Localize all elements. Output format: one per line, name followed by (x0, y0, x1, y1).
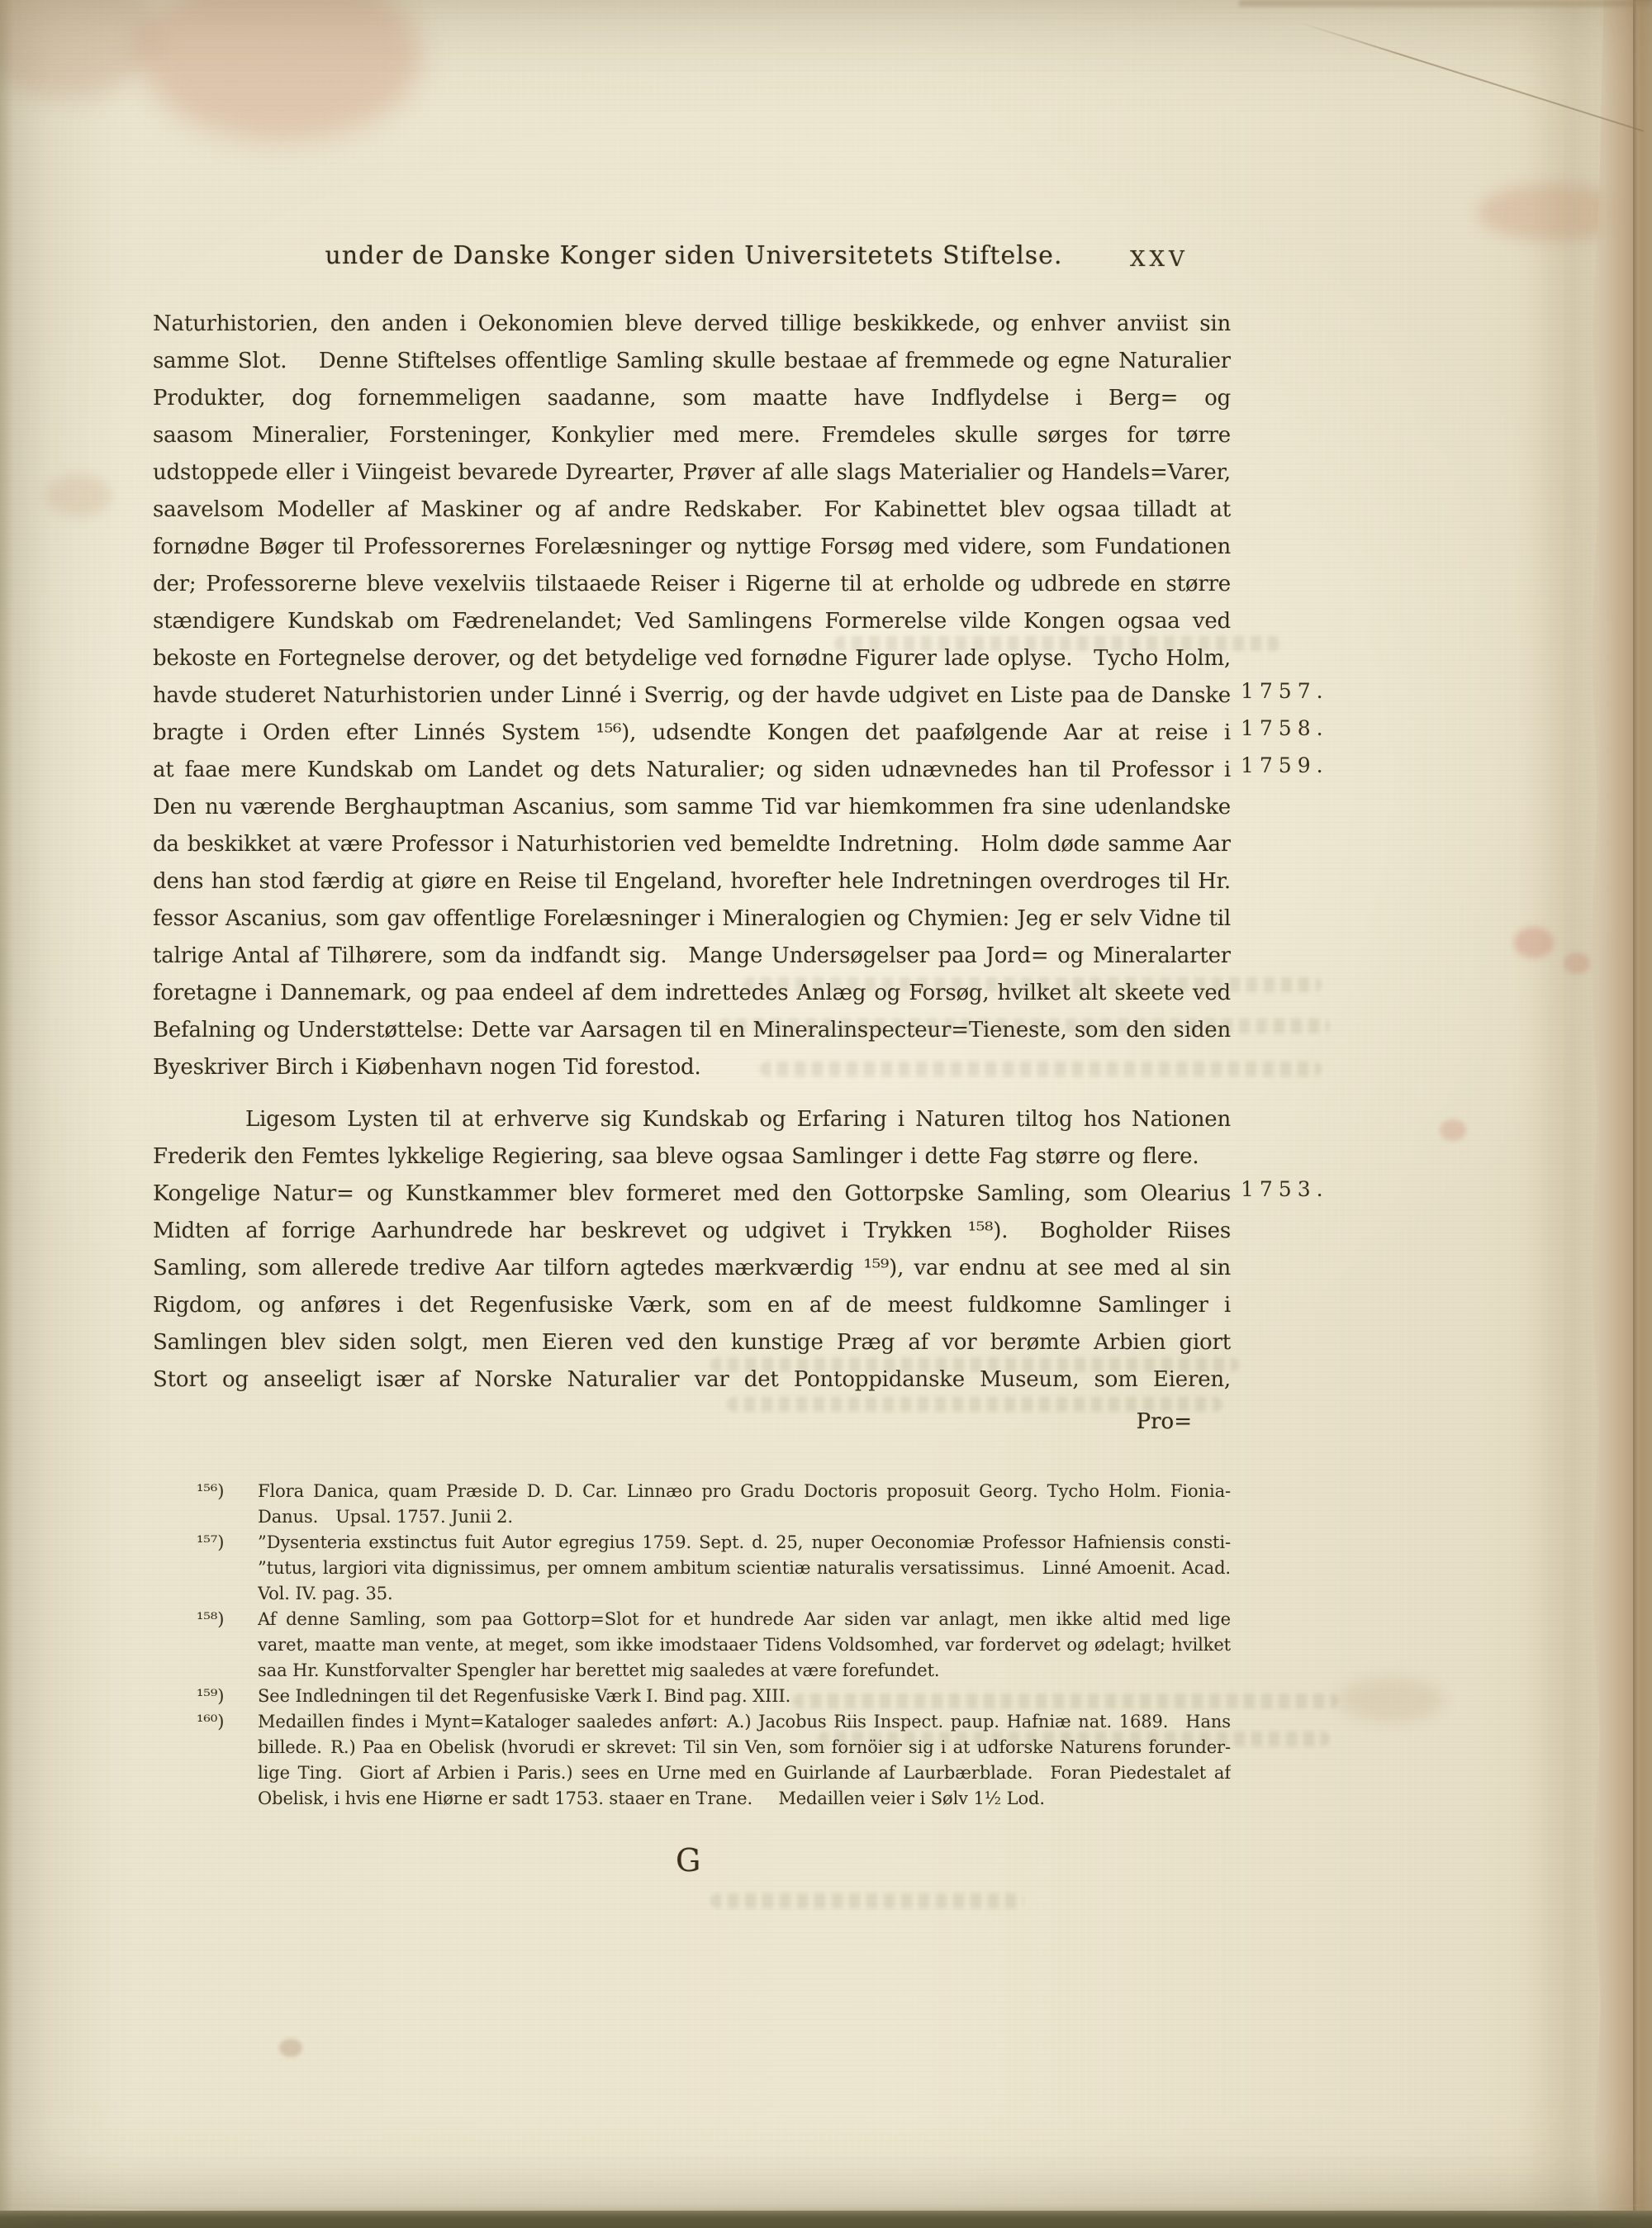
running-title: under de Danske Konger siden Universitet… (273, 241, 1115, 270)
body-line: bekoste en Fortegnelse derover, og det b… (153, 640, 1231, 677)
footnote-number: ¹⁵⁸) (197, 1607, 224, 1632)
footnote-block: ¹⁵⁶) Flora Danica, quam Præside D. D. Ca… (258, 1479, 1231, 1812)
paper-stain (1336, 1677, 1444, 1722)
footnote-number: ¹⁶⁰) (197, 1709, 224, 1735)
paper-stain (1479, 183, 1627, 241)
scan-background-strip (0, 2211, 1652, 2228)
margin-year: 1758. (1241, 716, 1329, 740)
body-line: fessor Ascanius, som gav offentlige Fore… (153, 900, 1231, 938)
page-number: XXV (1130, 247, 1189, 272)
footnote: ¹⁶⁰) Medaillen findes i Mynt=Kataloger s… (258, 1709, 1231, 1812)
paper-stain (1564, 952, 1590, 974)
footnote-line: Flora Danica, quam Præside D. D. Car. Li… (258, 1479, 1231, 1504)
body-line: Den nu værende Berghauptman Ascanius, so… (153, 789, 1231, 826)
page-curvature-shadow (1520, 0, 1594, 2228)
footnote-line: varet, maatte man vente, at meget, som i… (258, 1632, 1231, 1658)
footnote-line: Vol. IV. pag. 35. (258, 1581, 1231, 1607)
body-line: udstoppede eller i Viingeist bevarede Dy… (153, 454, 1231, 492)
fore-edge (1633, 0, 1652, 2228)
footnote-line: Obelisk, i hvis ene Hiørne er sadt 1753.… (258, 1786, 1231, 1812)
top-edge-shadow (1239, 0, 1652, 7)
body-line: Midten af forrige Aarhundrede har beskre… (153, 1213, 1231, 1250)
paragraph: Ligesom Lysten til at erhverve sig Kunds… (153, 1101, 1231, 1399)
body-line: talrige Antal af Tilhørere, som da indfa… (153, 938, 1231, 975)
footnote: ¹⁵⁹) See Indledningen til det Regenfusis… (258, 1684, 1231, 1709)
footnote: ¹⁵⁷) ”Dysenteria exstinctus fuit Autor e… (258, 1530, 1231, 1607)
catchword: Pro= (153, 1409, 1192, 1434)
margin-year: 1753. (1241, 1177, 1329, 1201)
footnote-line: billede. R.) Paa en Obelisk (hvorudi er … (258, 1735, 1231, 1760)
body-line: saasom Mineralier, Forsteninger, Konkyli… (153, 417, 1231, 454)
body-line: Frederik den Femtes lykkelige Regiering,… (153, 1138, 1231, 1176)
signature-mark: G (676, 1842, 700, 1879)
body-line: bragte i Orden efter Linnés System ¹⁵⁶),… (153, 715, 1231, 752)
body-line: havde studeret Naturhistorien under Linn… (153, 677, 1231, 715)
paper-stain (279, 2039, 302, 2057)
body-line: Rigdom, og anføres i det Regenfusiske Væ… (153, 1287, 1231, 1324)
footnote-line: Medaillen findes i Mynt=Kataloger saaled… (258, 1709, 1231, 1735)
footnote-number: ¹⁵⁷) (197, 1530, 224, 1556)
body-line: at faae mere Kundskab om Landet og dets … (153, 752, 1231, 789)
footnote-line: lige Ting. Giort af Arbien i Paris.) see… (258, 1760, 1231, 1786)
body-line: da beskikket at være Professor i Naturhi… (153, 826, 1231, 863)
body-line: samme Slot. Denne Stiftelses offentlige … (153, 343, 1231, 380)
body-line: saavelsom Modeller af Maskiner og af and… (153, 492, 1231, 529)
paper-stain (1514, 927, 1554, 958)
body-line: Produkter, dog fornemmeligen saadanne, s… (153, 380, 1231, 417)
footnote-number: ¹⁵⁹) (197, 1684, 224, 1709)
paragraph: Naturhistorien, den anden i Oekonomien b… (153, 306, 1231, 1086)
body-line: Naturhistorien, den anden i Oekonomien b… (153, 306, 1231, 343)
paper-stain (45, 475, 112, 516)
body-line: Befalning og Understøttelse: Dette var A… (153, 1012, 1231, 1049)
footnote-line: See Indledningen til det Regenfusiske Væ… (258, 1684, 1231, 1709)
paper-stain (0, 0, 157, 99)
paper-crease (1298, 21, 1644, 132)
body-line: Ligesom Lysten til at erhverve sig Kunds… (153, 1101, 1231, 1138)
footnote: ¹⁵⁶) Flora Danica, quam Præside D. D. Ca… (258, 1479, 1231, 1530)
body-line: fornødne Bøger til Professorernes Forelæ… (153, 529, 1231, 566)
footnote: ¹⁵⁸) Af denne Samling, som paa Gottorp=S… (258, 1607, 1231, 1684)
body-line: stændigere Kundskab om Fædrenelandet; Ve… (153, 603, 1231, 640)
body-line: Samling, som allerede tredive Aar tilfor… (153, 1250, 1231, 1287)
margin-year: 1757. (1241, 679, 1329, 703)
body-line: der; Professorerne bleve vexelviis tilst… (153, 566, 1231, 603)
footnote-line: ”tutus, largiori vita dignissimus, per o… (258, 1556, 1231, 1581)
footnote-line: Danus. Upsal. 1757. Junii 2. (258, 1504, 1231, 1530)
deckle-edge (1584, 0, 1635, 2228)
footnote-line: Af denne Samling, som paa Gottorp=Slot f… (258, 1607, 1231, 1632)
footnote-line: saa Hr. Kunstforvalter Spengler har bere… (258, 1658, 1231, 1684)
margin-year: 1759. (1241, 753, 1329, 777)
paper-stain (140, 0, 421, 140)
body-line: Stort og anseeligt især af Norske Natura… (153, 1361, 1231, 1399)
left-edge-shadow (0, 0, 13, 2228)
scanned-book-page: under de Danske Konger siden Universitet… (0, 0, 1652, 2228)
show-through-text (710, 1893, 1024, 1908)
footnote-number: ¹⁵⁶) (197, 1479, 224, 1504)
body-line: Samlingen blev siden solgt, men Eieren v… (153, 1324, 1231, 1361)
paper-stain (1440, 1119, 1466, 1141)
body-line: foretagne i Dannemark, og paa endeel af … (153, 975, 1231, 1012)
body-line: Kongelige Natur= og Kunstkammer blev for… (153, 1176, 1231, 1213)
footnote-line: ”Dysenteria exstinctus fuit Autor egregi… (258, 1530, 1231, 1556)
bottom-paper-edge (0, 2204, 1652, 2212)
body-line: Byeskriver Birch i Kiøbenhavn nogen Tid … (153, 1049, 1231, 1086)
body-line: dens han stod færdig at giøre en Reise t… (153, 863, 1231, 900)
